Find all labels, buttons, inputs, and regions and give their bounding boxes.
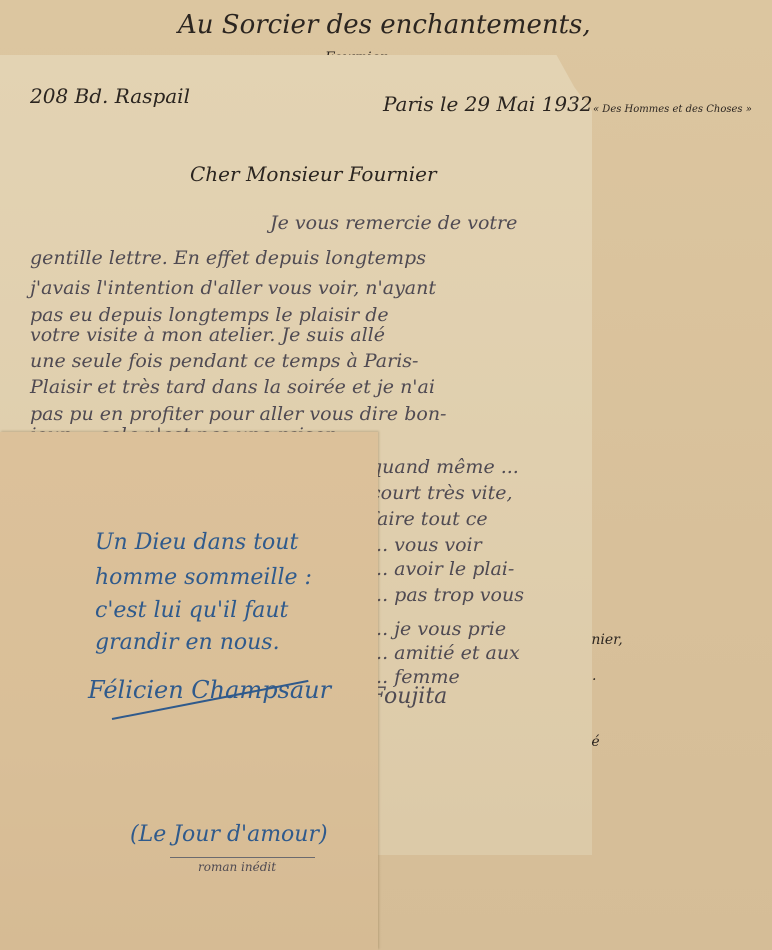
quote-line: Un Dieu dans tout bbox=[95, 530, 298, 555]
letter-body-line: Je vous remercie de votre bbox=[270, 212, 517, 234]
letter-body-line: j'avais l'intention d'aller vous voir, n… bbox=[30, 277, 436, 299]
letter-partial-line: ... pas trop vous bbox=[370, 584, 524, 606]
letter-body-line: votre visite à mon atelier. Je suis allé bbox=[30, 324, 385, 346]
letter-partial-line: ... vous voir bbox=[370, 534, 482, 556]
letter-body-line: une seule fois pendant ce temps à Paris- bbox=[30, 350, 418, 372]
letter-place-date: Paris le 29 Mai 1932 bbox=[383, 92, 593, 116]
letter-signature: Foujita bbox=[370, 684, 447, 709]
quote-line: c'est lui qu'il faut bbox=[95, 598, 288, 623]
letter-partial-line: ... amitié et aux bbox=[370, 642, 520, 664]
letter-partial-line: quand même ... bbox=[370, 456, 519, 478]
book-title: (Le Jour d'amour) bbox=[130, 822, 328, 847]
letter-body-line: pas pu en profiter pour aller vous dire … bbox=[30, 403, 446, 425]
letter-body-line: Plaisir et très tard dans la soirée et j… bbox=[30, 376, 435, 398]
letter-body-line: gentille lettre. En effet depuis longtem… bbox=[30, 247, 426, 269]
letter-address: 208 Bd. Raspail bbox=[30, 84, 190, 108]
letter-partial-line: court très vite, bbox=[370, 482, 513, 504]
book-title-rule bbox=[170, 857, 315, 858]
letter-partial-line: ... je vous prie bbox=[370, 618, 506, 640]
letter-body-line: pas eu depuis longtemps le plaisir de bbox=[30, 304, 389, 326]
letter-salutation: Cher Monsieur Fournier bbox=[190, 162, 437, 186]
letter-partial-line: ... avoir le plai- bbox=[370, 558, 514, 580]
side-note: « Des Hommes et des Choses » bbox=[593, 104, 752, 115]
quote-line: grandir en nous. bbox=[95, 630, 280, 655]
dedication-line-1: Au Sorcier des enchantements, bbox=[178, 10, 591, 40]
quote-line: homme sommeille : bbox=[95, 565, 312, 590]
book-author-note: roman inédit bbox=[198, 860, 276, 874]
letter-partial-line: faire tout ce bbox=[370, 508, 488, 530]
